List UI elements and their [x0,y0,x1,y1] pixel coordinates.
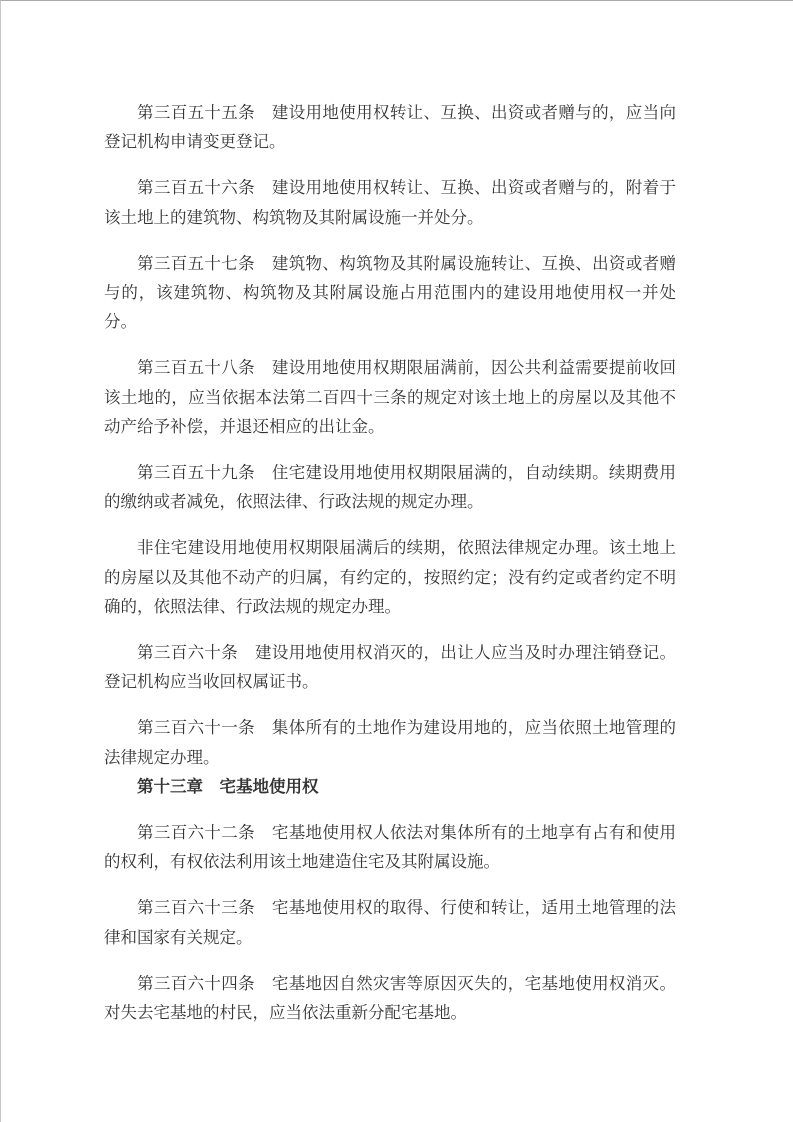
article-paragraph: 第三百六十三条 宅基地使用权的取得、行使和转让，适用土地管理的法律和国家有关规定… [104,893,676,951]
article-paragraph: 第三百五十七条 建筑物、构筑物及其附属设施转让、互换、出资或者赠与的，该建筑物、… [104,249,676,337]
article-paragraph: 第三百六十条 建设用地使用权消灭的，出让人应当及时办理注销登记。登记机构应当收回… [104,638,676,696]
article-paragraph: 非住宅建设用地使用权期限届满后的续期，依照法律规定办理。该土地上的房屋以及其他不… [104,533,676,621]
document-page: 第三百五十五条 建设用地使用权转让、互换、出资或者赠与的，应当向登记机构申请变更… [0,0,793,1122]
article-paragraph: 第三百五十九条 住宅建设用地使用权期限届满的，自动续期。续期费用的缴纳或者减免，… [104,458,676,516]
chapter-heading: 第十三章 宅基地使用权 [104,772,676,801]
article-paragraph: 第三百五十六条 建设用地使用权转让、互换、出资或者赠与的，附着于该土地上的建筑物… [104,173,676,231]
article-paragraph: 第三百六十四条 宅基地因自然灾害等原因灭失的，宅基地使用权消灭。对失去宅基地的村… [104,969,676,1027]
article-paragraph: 第三百五十八条 建设用地使用权期限届满前，因公共利益需要提前收回该土地的，应当依… [104,353,676,441]
article-paragraph: 第三百六十一条 集体所有的土地作为建设用地的，应当依照土地管理的法律规定办理。 [104,713,676,771]
document-body: 第三百五十五条 建设用地使用权转让、互换、出资或者赠与的，应当向登记机构申请变更… [1,1,793,1027]
article-paragraph: 第三百六十二条 宅基地使用权人依法对集体所有的土地享有占有和使用的权利，有权依法… [104,818,676,876]
article-paragraph: 第三百五十五条 建设用地使用权转让、互换、出资或者赠与的，应当向登记机构申请变更… [104,98,676,156]
